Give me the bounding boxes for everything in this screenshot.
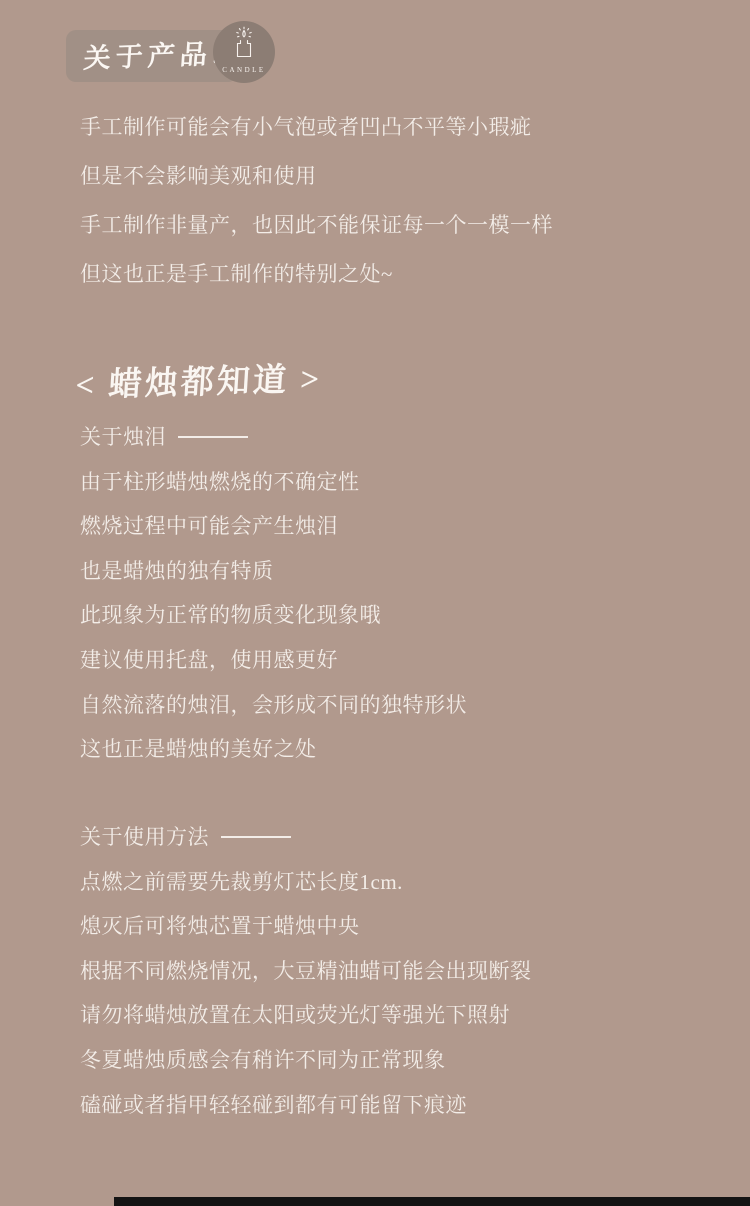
section-line: 此现象为正常的物质变化现象哦: [80, 593, 467, 638]
section-usage: 关于使用方法 点燃之前需要先裁剪灯芯长度1cm. 熄灭后可将烛芯置于蜡烛中央 根…: [80, 815, 532, 1127]
section-line: 自然流落的烛泪，会形成不同的独特形状: [80, 683, 467, 728]
candles-know-heading: < 蜡烛都知道 >: [74, 353, 323, 406]
section-line: 由于柱形蜡烛燃烧的不确定性: [80, 460, 467, 505]
section-line: 这也正是蜡烛的美好之处: [80, 727, 467, 772]
section-line: 燃烧过程中可能会产生烛泪: [80, 504, 467, 549]
section-line: 冬夏蜡烛质感会有稍许不同为正常现象: [80, 1038, 532, 1083]
section-line: 磕碰或者指甲轻轻碰到都有可能留下痕迹: [80, 1083, 532, 1128]
intro-line: 手工制作可能会有小气泡或者凹凸不平等小瑕疵: [80, 103, 553, 152]
intro-line: 但是不会影响美观和使用: [80, 152, 553, 201]
section-line: 根据不同燃烧情况，大豆精油蜡可能会出现断裂: [80, 949, 532, 994]
intro-line: 手工制作非量产，也因此不能保证每一个一模一样: [80, 201, 553, 250]
title-dash-rule: [178, 436, 248, 438]
candle-icon: [227, 26, 261, 63]
title-dash-rule: [221, 836, 291, 838]
candle-logo-circle: CANDLE: [213, 21, 275, 83]
section-line: 熄灭后可将烛芯置于蜡烛中央: [80, 904, 532, 949]
intro-line: 但这也正是手工制作的特别之处~: [80, 250, 553, 299]
section-line: 点燃之前需要先裁剪灯芯长度1cm.: [80, 860, 532, 905]
section-title: 关于使用方法: [80, 815, 532, 860]
section-title: 关于烛泪: [80, 415, 467, 460]
section-line: 也是蜡烛的独有特质: [80, 549, 467, 594]
section-candle-tears: 关于烛泪 由于柱形蜡烛燃烧的不确定性 燃烧过程中可能会产生烛泪 也是蜡烛的独有特…: [80, 415, 467, 772]
section-line: 请勿将蜡烛放置在太阳或荧光灯等强光下照射: [80, 993, 532, 1038]
candle-logo-text: CANDLE: [213, 66, 275, 74]
intro-paragraph: 手工制作可能会有小气泡或者凹凸不平等小瑕疵 但是不会影响美观和使用 手工制作非量…: [80, 103, 553, 299]
next-section-edge: [114, 1197, 750, 1206]
section-line: 建议使用托盘，使用感更好: [80, 638, 467, 683]
